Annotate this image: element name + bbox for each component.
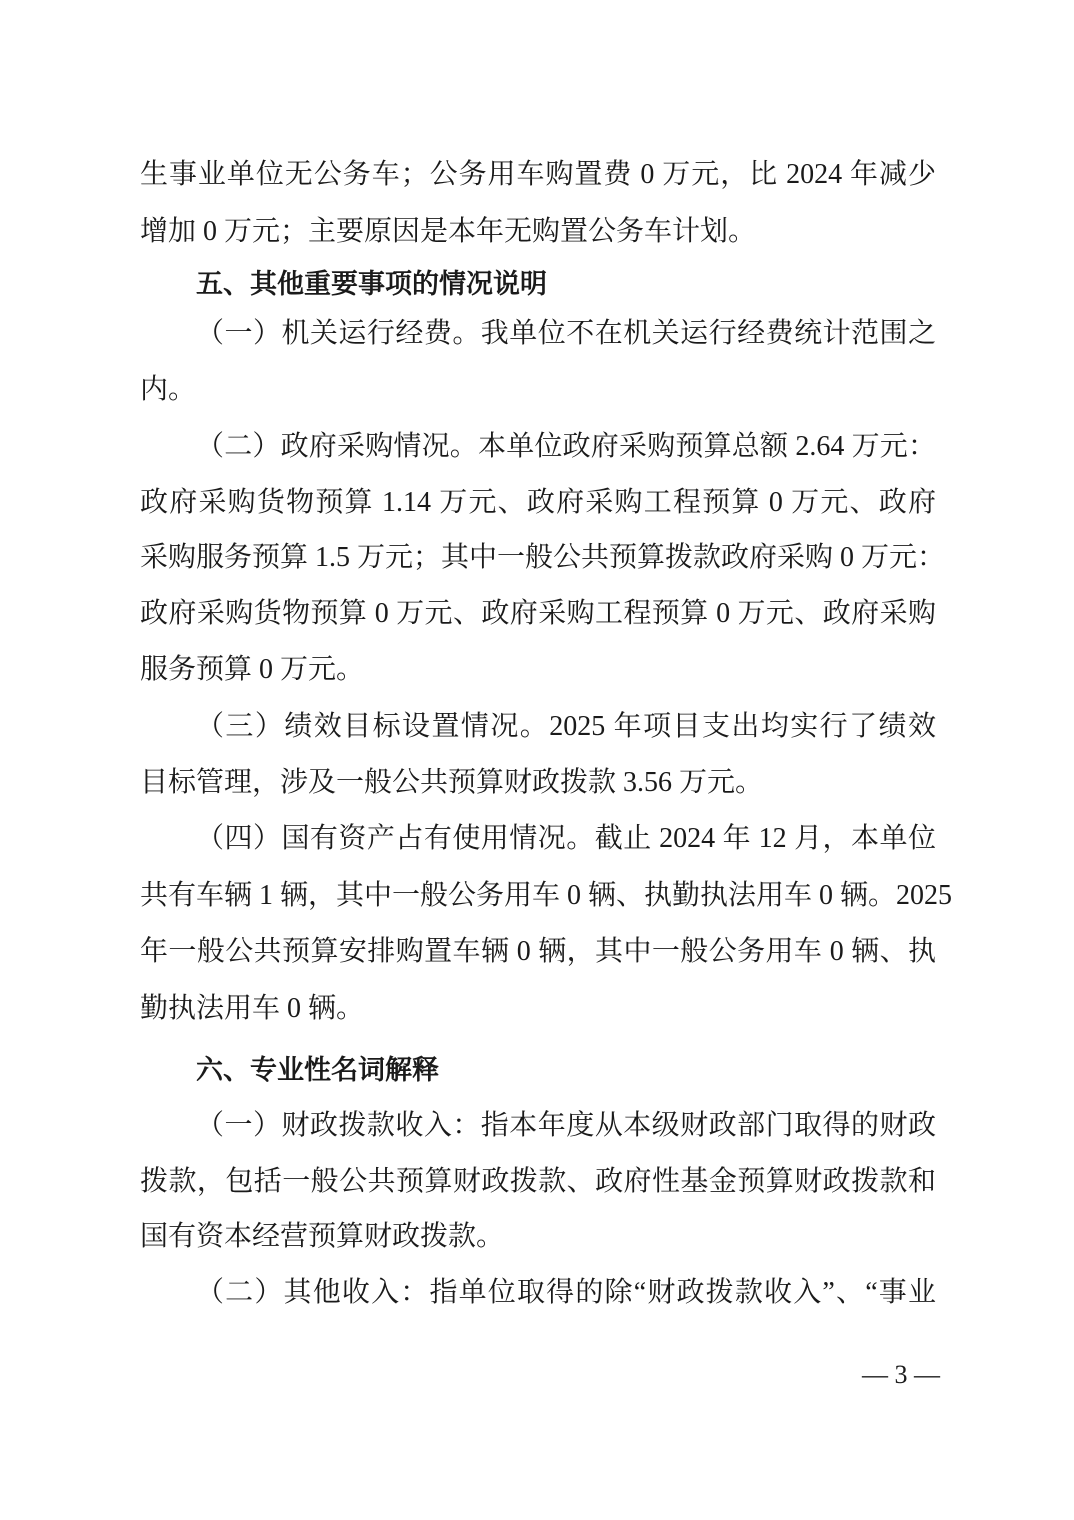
paragraph-line: （一）财政拨款收入：指本年度从本级财政部门取得的财政 — [196, 1106, 936, 1146]
paragraph-line: 勤执法用车 0 辆。 — [140, 989, 936, 1029]
section-heading-6: 六、专业性名词解释 — [196, 1051, 936, 1091]
paragraph-line: （三）绩效目标设置情况。2025 年项目支出均实行了绩效 — [196, 707, 936, 747]
paragraph-line: 目标管理，涉及一般公共预算财政拨款 3.56 万元。 — [140, 763, 936, 803]
paragraph-line: 内。 — [140, 370, 936, 410]
section-heading-5: 五、其他重要事项的情况说明 — [196, 265, 936, 305]
paragraph-line: 国有资本经营预算财政拨款。 — [140, 1217, 936, 1257]
paragraph-line: 生事业单位无公务车；公务用车购置费 0 万元，比 2024 年减少 — [140, 155, 936, 195]
paragraph-line: 增加 0 万元；主要原因是本年无购置公务车计划。 — [140, 212, 936, 252]
paragraph-line: 年一般公共预算安排购置车辆 0 辆，其中一般公务用车 0 辆、执 — [140, 932, 936, 972]
paragraph-line: （二）政府采购情况。本单位政府采购预算总额 2.64 万元： — [196, 427, 936, 467]
paragraph-line: （四）国有资产占有使用情况。截止 2024 年 12 月，本单位 — [196, 819, 936, 859]
paragraph-line: （二）其他收入：指单位取得的除“财政拨款收入”、“事业 — [196, 1273, 936, 1313]
paragraph-line: （一）机关运行经费。我单位不在机关运行经费统计范围之 — [196, 314, 936, 354]
page-number: — 3 — — [860, 1355, 940, 1395]
paragraph-line: 政府采购货物预算 1.14 万元、政府采购工程预算 0 万元、政府 — [140, 483, 936, 523]
document-page: 生事业单位无公务车；公务用车购置费 0 万元，比 2024 年减少 增加 0 万… — [0, 0, 1074, 1520]
paragraph-line: 共有车辆 1 辆，其中一般公务用车 0 辆、执勤执法用车 0 辆。2025 — [140, 876, 936, 916]
paragraph-line: 采购服务预算 1.5 万元；其中一般公共预算拨款政府采购 0 万元： — [140, 538, 936, 578]
paragraph-line: 拨款，包括一般公共预算财政拨款、政府性基金预算财政拨款和 — [140, 1162, 936, 1202]
paragraph-line: 政府采购货物预算 0 万元、政府采购工程预算 0 万元、政府采购 — [140, 594, 936, 634]
paragraph-line: 服务预算 0 万元。 — [140, 650, 936, 690]
